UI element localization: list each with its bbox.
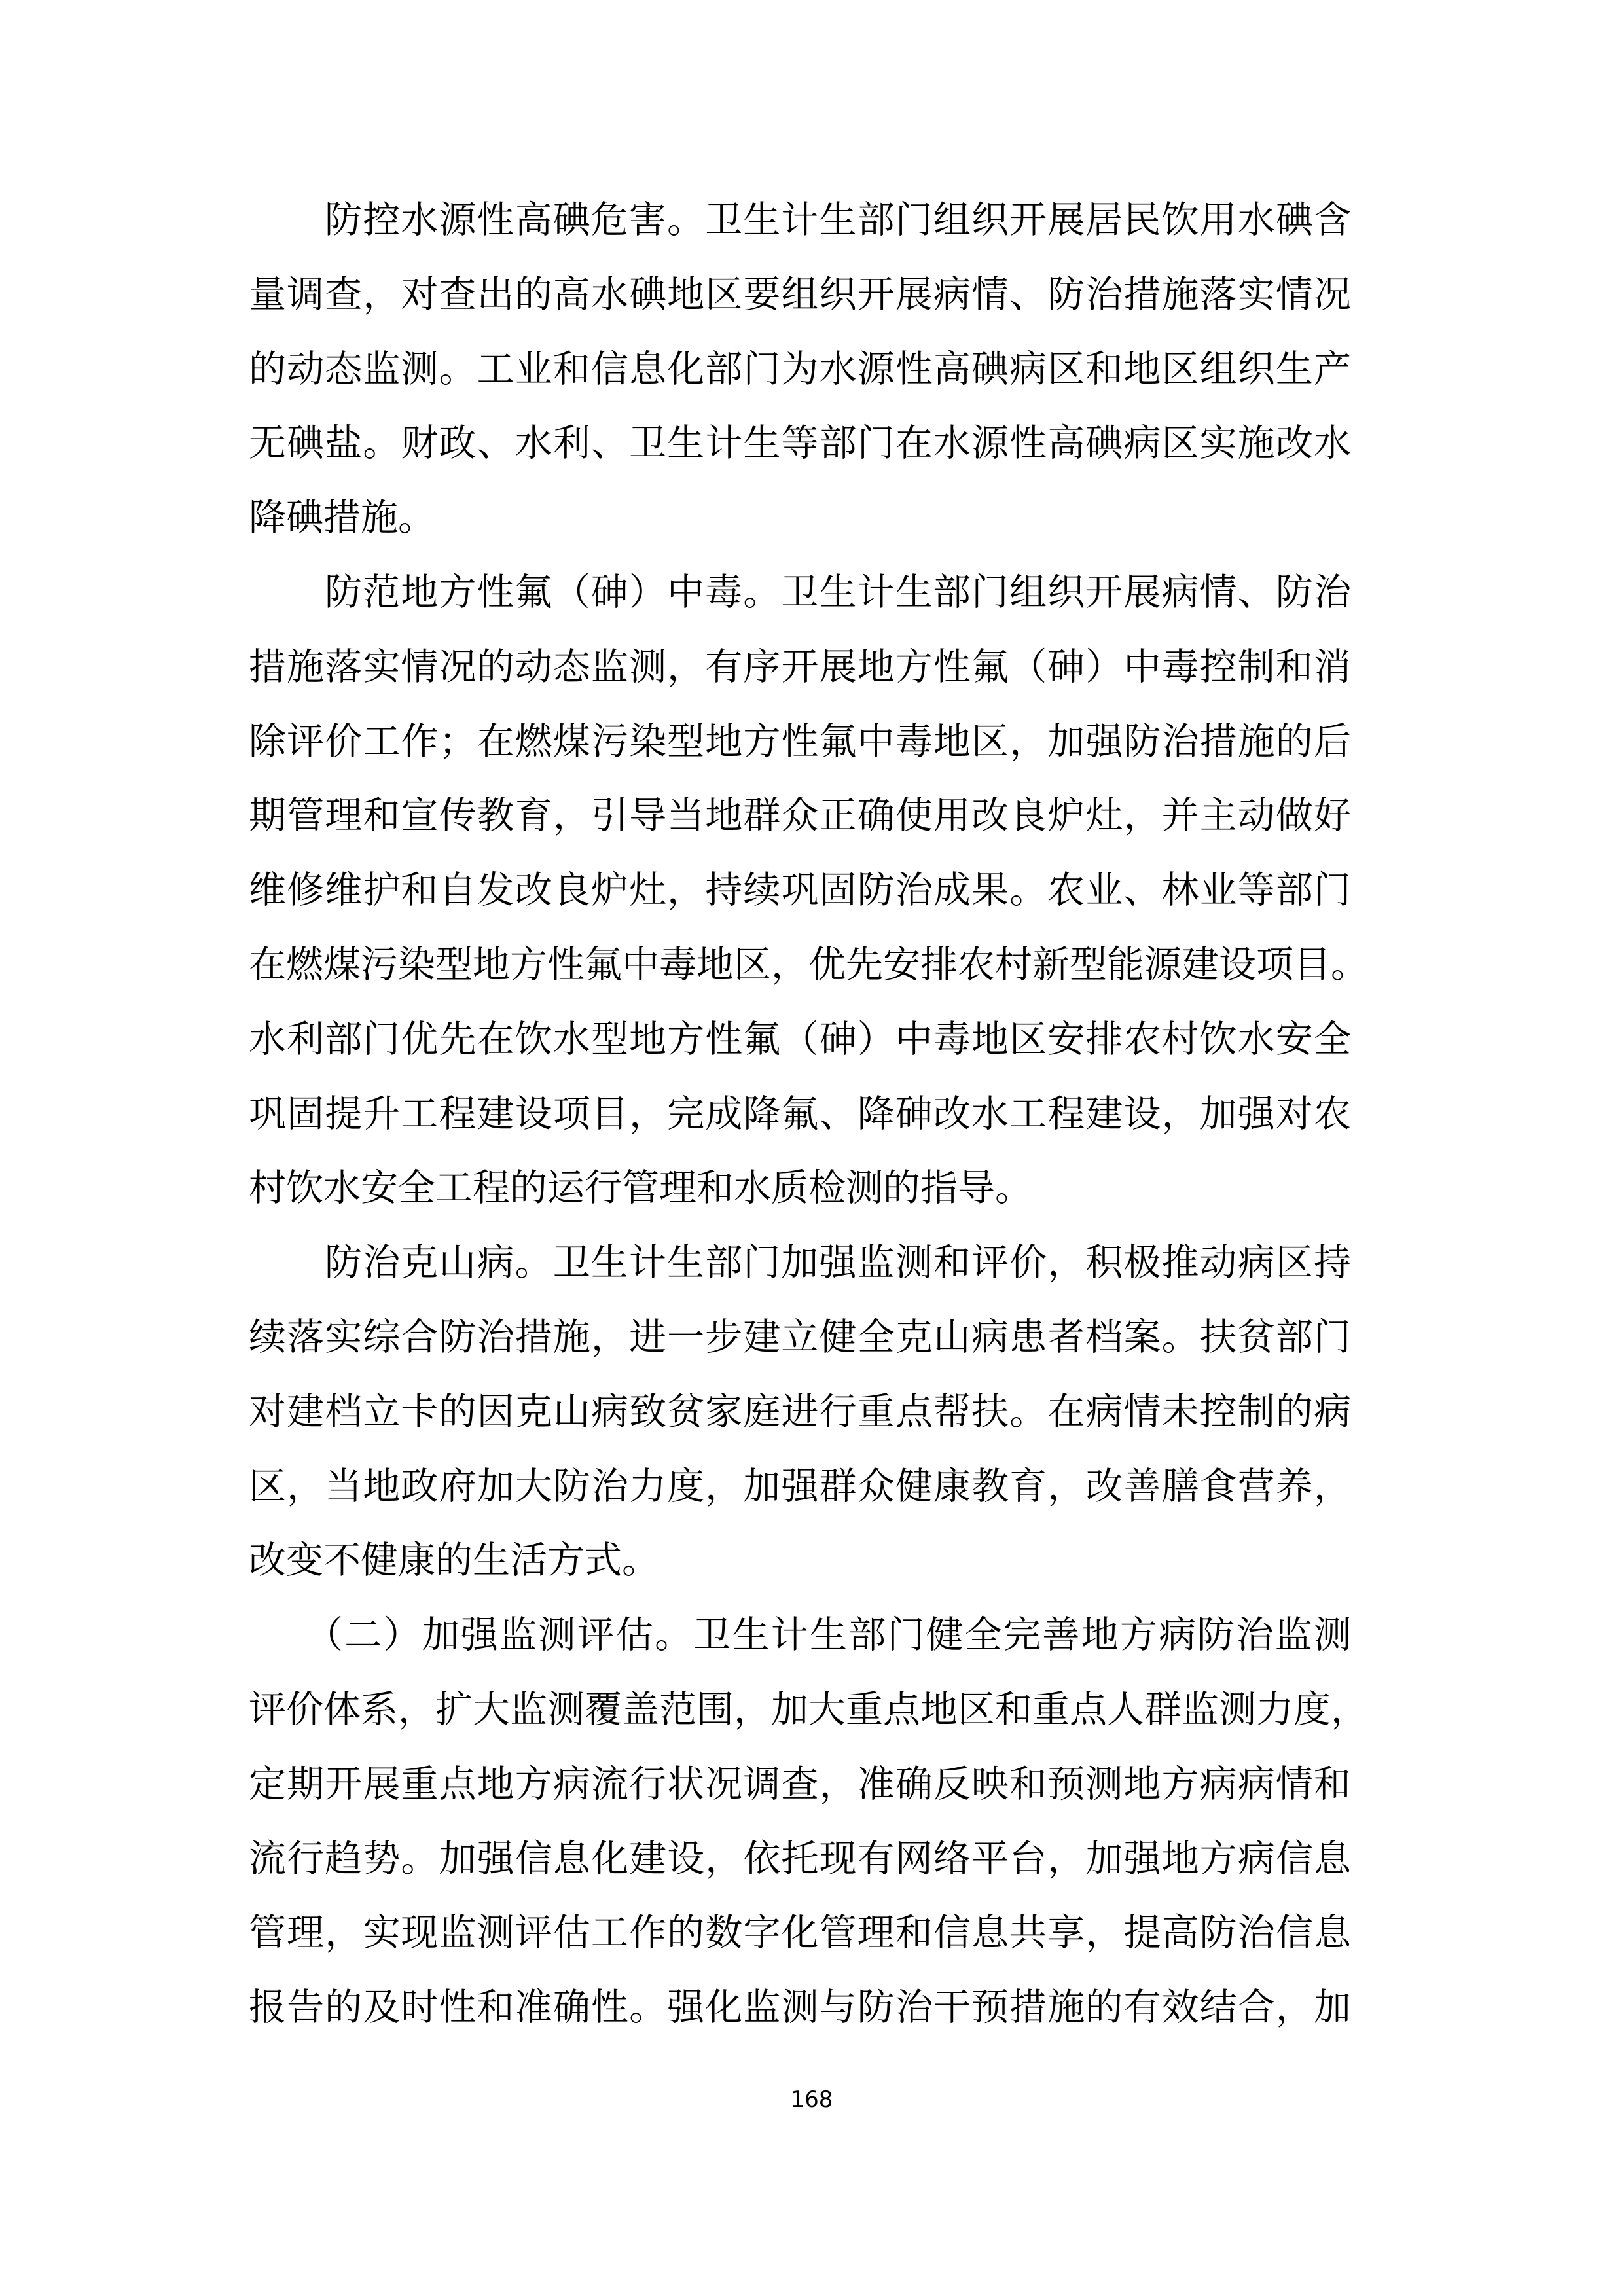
text-line: 防控水源性高碘危害。卫生计生部门组织开展居民饮用水碘含: [249, 183, 1351, 258]
text-line: 对建档立卡的因克山病致贫家庭进行重点帮扶。在病情未控制的病: [249, 1375, 1351, 1450]
text-line: 除评价工作；在燃煤污染型地方性氟中毒地区，加强防治措施的后: [249, 705, 1351, 780]
text-line: 水利部门优先在饮水型地方性氟（砷）中毒地区安排农村饮水安全: [249, 1003, 1351, 1077]
paragraph-monitoring: （二）加强监测评估。卫生计生部门健全完善地方病防治监测 评价体系，扩大监测覆盖范…: [249, 1598, 1351, 2045]
text-line: 改变不健康的生活方式。: [249, 1524, 1351, 1598]
text-line: 续落实综合防治措施，进一步建立健全克山病患者档案。扶贫部门: [249, 1300, 1351, 1375]
text-line: 期管理和宣传教育，引导当地群众正确使用改良炉灶，并主动做好: [249, 779, 1351, 853]
page-number: 168: [746, 2087, 877, 2113]
text-line: 维修维护和自发改良炉灶，持续巩固防治成果。农业、林业等部门: [249, 853, 1351, 928]
text-line: 防范地方性氟（砷）中毒。卫生计生部门组织开展病情、防治: [249, 556, 1351, 630]
text-line: 流行趋势。加强信息化建设，依托现有网络平台，加强地方病信息: [249, 1822, 1351, 1897]
document-page: 防控水源性高碘危害。卫生计生部门组织开展居民饮用水碘含 量调查，对查出的高水碘地…: [0, 0, 1624, 2296]
paragraph-keshan: 防治克山病。卫生计生部门加强监测和评价，积极推动病区持 续落实综合防治措施，进一…: [249, 1226, 1351, 1598]
paragraph-fluorosis: 防范地方性氟（砷）中毒。卫生计生部门组织开展病情、防治 措施落实情况的动态监测，…: [249, 556, 1351, 1226]
text-line: 量调查，对查出的高水碘地区要组织开展病情、防治措施落实情况: [249, 258, 1351, 332]
text-line: 管理，实现监测评估工作的数字化管理和信息共享，提高防治信息: [249, 1896, 1351, 1971]
text-line: 在燃煤污染型地方性氟中毒地区，优先安排农村新型能源建设项目。: [249, 928, 1351, 1003]
section-heading-line: （二）加强监测评估。卫生计生部门健全完善地方病防治监测: [249, 1598, 1351, 1673]
text-line: 定期开展重点地方病流行状况调查，准确反映和预测地方病病情和: [249, 1748, 1351, 1822]
text-line: 降碘措施。: [249, 481, 1351, 556]
text-line: 巩固提升工程建设项目，完成降氟、降砷改水工程建设，加强对农: [249, 1077, 1351, 1152]
text-line: 防治克山病。卫生计生部门加强监测和评价，积极推动病区持: [249, 1226, 1351, 1300]
text-line: 评价体系，扩大监测覆盖范围，加大重点地区和重点人群监测力度，: [249, 1673, 1351, 1748]
text-line: 的动态监测。工业和信息化部门为水源性高碘病区和地区组织生产: [249, 332, 1351, 407]
paragraph-iodine: 防控水源性高碘危害。卫生计生部门组织开展居民饮用水碘含 量调查，对查出的高水碘地…: [249, 183, 1351, 556]
text-line: 措施落实情况的动态监测，有序开展地方性氟（砷）中毒控制和消: [249, 630, 1351, 705]
text-line: 村饮水安全工程的运行管理和水质检测的指导。: [249, 1151, 1351, 1226]
text-line: 无碘盐。财政、水利、卫生计生等部门在水源性高碘病区实施改水: [249, 406, 1351, 481]
text-line: 报告的及时性和准确性。强化监测与防治干预措施的有效结合，加: [249, 1971, 1351, 2045]
body-text: 防控水源性高碘危害。卫生计生部门组织开展居民饮用水碘含 量调查，对查出的高水碘地…: [249, 183, 1351, 2045]
text-line: 区，当地政府加大防治力度，加强群众健康教育，改善膳食营养，: [249, 1450, 1351, 1524]
